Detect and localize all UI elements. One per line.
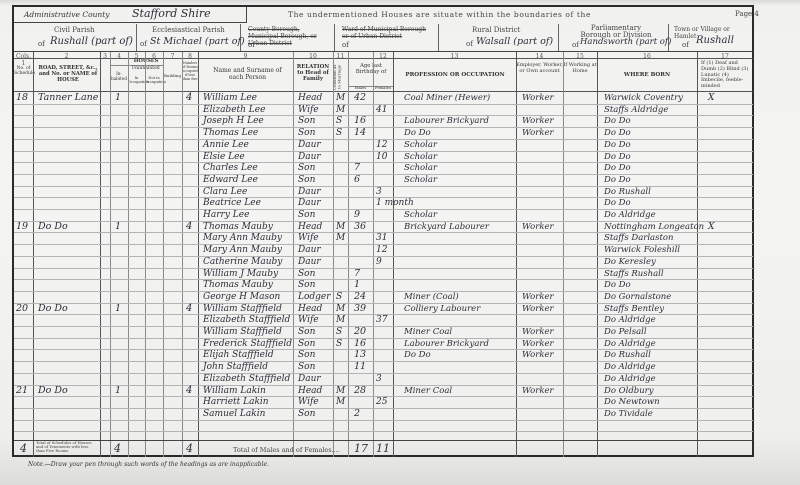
schedule-cell: 20 (16, 303, 28, 315)
relation-cell: Daur (298, 139, 321, 151)
table-row: Thomas MaubySon1Do Do (0, 279, 800, 291)
table-row: William StafffieldSonS20Miner CoalWorker… (0, 326, 800, 338)
employer-cell: Worker (522, 338, 554, 350)
relation-cell: Wife (298, 396, 319, 408)
total-schedules-label: Total of Schedules of Houses and of Tene… (36, 441, 98, 454)
county-borough-label: County Borough, Municipal Borough, or Ur… (248, 26, 328, 47)
birthplace-cell: Do Aldridge (604, 373, 656, 385)
birthplace-cell: Do Do (604, 162, 631, 174)
condition-cell: M (336, 385, 345, 397)
table-row: Frederick StafffieldSonS16Labourer Brick… (0, 338, 800, 350)
occupation-cell: Miner (Coal) (404, 291, 459, 303)
name-cell: Thomas Mauby (203, 279, 273, 291)
relation-cell: Son (298, 338, 315, 350)
occupation-cell: Miner Coal (404, 385, 452, 397)
admin-county-box: Administrative County Stafford Shire (14, 7, 247, 23)
birthplace-cell: Do Do (604, 174, 631, 186)
age-female-cell: 1 month (376, 197, 414, 209)
eccl-parish-value: St Michael (part of) (150, 36, 245, 47)
occupation-cell: Coal Miner (Hewer) (404, 92, 490, 104)
occupation-cell: Scholar (404, 151, 437, 163)
infirmity-cell: X (708, 92, 714, 104)
birthplace-cell: Do Do (604, 139, 631, 151)
condition-cell: S (336, 127, 342, 139)
col-building: Building (163, 74, 182, 79)
age-male-cell: 9 (354, 209, 360, 221)
condition-cell: M (336, 221, 345, 233)
name-cell: Charles Lee (203, 162, 258, 174)
name-cell: Samuel Lakin (203, 408, 265, 420)
relation-cell: Daur (298, 151, 321, 163)
header-divider (14, 51, 753, 52)
rural-district-of: of (466, 40, 473, 48)
col-females: Females (373, 86, 393, 90)
ward-label: Ward of Municipal Borough or of Urban Di… (342, 26, 434, 40)
table-row: Beatrice LeeDaur1 monthDo Do (0, 197, 800, 209)
relation-cell: Son (298, 162, 315, 174)
census-page: Administrative County Stafford Shire The… (0, 0, 800, 485)
eccl-parish-box: Ecclesiastical Parish of St Michael (par… (136, 24, 241, 51)
age-female-cell: 10 (376, 151, 387, 163)
birthplace-cell: Do Aldridge (604, 361, 656, 373)
relation-cell: Head (298, 385, 322, 397)
name-cell: George H Mason (203, 291, 280, 303)
birthplace-cell: Do Tividale (604, 408, 653, 420)
occupation-cell: Scholar (404, 174, 437, 186)
name-cell: Catherine Mauby (203, 256, 282, 268)
age-female-cell: 41 (376, 104, 387, 116)
inhabited-cell: 1 (115, 92, 121, 104)
occupation-cell: Labourer Brickyard (404, 115, 489, 127)
name-cell: Elsie Lee (203, 151, 245, 163)
name-cell: Clara Lee (203, 186, 247, 198)
age-male-cell: 6 (354, 174, 360, 186)
age-male-cell: 24 (354, 291, 366, 303)
rural-district-label: Rural District (472, 26, 520, 34)
birthplace-cell: Do Do (604, 115, 631, 127)
table-row: Elizabeth LeeWifeM41Staffs Aldridge (0, 104, 800, 116)
relation-cell: Wife (298, 232, 319, 244)
total-males-females-label: Total of Males and of Females.... (233, 446, 340, 454)
table-row: Charles LeeSon7ScholarDo Do (0, 162, 800, 174)
age-female-cell: 31 (376, 232, 387, 244)
employer-cell: Worker (522, 326, 554, 338)
col-not-in-occupation: Not in Occupation (145, 76, 163, 84)
table-row: John StafffieldSon11Do Aldridge (0, 361, 800, 373)
county-borough-of: of (248, 41, 255, 49)
relation-cell: Son (298, 349, 315, 361)
table-row: 19Do Do14Thomas MaubyHeadM36Brickyard La… (0, 221, 800, 233)
column-number: Cols. 1 (14, 53, 33, 67)
birthplace-cell: Do Rushall (604, 349, 651, 361)
col-road: ROAD, STREET, &c., and No. or NAME of HO… (36, 66, 100, 84)
name-cell: William Stafffield (203, 326, 282, 338)
condition-cell: S (336, 326, 342, 338)
rural-district-box: Rural District of Walsall (part of) (438, 24, 559, 51)
condition-cell: M (336, 232, 345, 244)
road-cell: Do Do (38, 303, 68, 315)
footnote: Note.—Draw your pen through such words o… (28, 461, 269, 468)
parl-borough-value: Handsworth (part of) (580, 37, 671, 47)
relation-cell: Son (298, 326, 315, 338)
age-female-cell: 12 (376, 244, 387, 256)
boundaries-notice: The undermentioned Houses are situate wi… (288, 10, 591, 19)
age-male-cell: 2 (354, 408, 360, 420)
employer-cell: Worker (522, 221, 554, 233)
birthplace-cell: Do Keresley (604, 256, 656, 268)
name-cell: John Stafffield (203, 361, 268, 373)
occupation-cell: Do Do (404, 349, 431, 361)
relation-cell: Son (298, 174, 315, 186)
name-cell: Harriett Lakin (203, 396, 269, 408)
name-cell: William Lakin (203, 385, 266, 397)
town-of: of (682, 41, 689, 49)
road-cell: Do Do (38, 385, 68, 397)
col-infirmity: If (1) Deaf and Dumb (2) Blind (3) Lunat… (701, 61, 751, 90)
table-row: 21Do Do14William LakinHeadM28Miner CoalW… (0, 385, 800, 397)
admin-county-value: Stafford Shire (132, 7, 211, 20)
relation-cell: Daur (298, 244, 321, 256)
birthplace-cell: Do Do (604, 197, 631, 209)
age-male-cell: 20 (354, 326, 366, 338)
condition-cell: M (336, 314, 345, 326)
table-row: Elsie LeeDaur10ScholarDo Do (0, 151, 800, 163)
age-male-cell: 7 (354, 162, 360, 174)
relation-cell: Son (298, 361, 315, 373)
name-cell: Edward Lee (203, 174, 258, 186)
county-borough-box: County Borough, Municipal Borough, or Ur… (240, 24, 335, 51)
col-houses: HOUSES (110, 59, 182, 65)
relation-cell: Son (298, 268, 315, 280)
age-female-cell: 3 (376, 373, 382, 385)
road-cell: Tanner Lane (38, 92, 98, 104)
occupation-cell: Scholar (404, 139, 437, 151)
relation-cell: Lodger (298, 291, 331, 303)
town-box: Town or Village or Hamlet of Rushall (668, 24, 752, 51)
occupation-cell: Brickyard Labourer (404, 221, 489, 233)
rooms-cell: 4 (186, 385, 192, 397)
name-cell: Thomas Lee (203, 127, 258, 139)
rooms-cell: 4 (186, 303, 192, 315)
schedule-cell: 21 (16, 385, 28, 397)
relation-cell: Son (298, 127, 315, 139)
birthplace-cell: Do Gornalstone (604, 291, 671, 303)
table-row: Harry LeeSon9ScholarDo Aldridge (0, 209, 800, 221)
condition-cell: M (336, 303, 345, 315)
relation-cell: Wife (298, 104, 319, 116)
civil-parish-label: Civil Parish (54, 26, 95, 34)
age-male-cell: 13 (354, 349, 366, 361)
employer-cell: Worker (522, 291, 554, 303)
birthplace-cell: Warwick Coventry (604, 92, 683, 104)
civil-parish-box: Civil Parish of Rushall (part of) (14, 24, 137, 51)
occupation-cell: Scholar (404, 162, 437, 174)
age-female-cell: 37 (376, 314, 387, 326)
ward-box: Ward of Municipal Borough or of Urban Di… (334, 24, 439, 51)
road-cell: Do Do (38, 221, 68, 233)
age-female-cell: 12 (376, 139, 387, 151)
birthplace-cell: Staffs Rushall (604, 268, 664, 280)
relation-cell: Head (298, 303, 322, 315)
name-cell: Elizabeth Stafffield (203, 314, 290, 326)
col-males: Males (348, 86, 373, 90)
rooms-cell: 4 (186, 92, 192, 104)
col-employer: Employer, Worker, or Own account (516, 63, 563, 75)
schedule-cell: 19 (16, 221, 28, 233)
birthplace-cell: Staffs Bentley (604, 303, 664, 315)
occupation-cell: Miner Coal (404, 326, 452, 338)
parl-borough-of: of (572, 41, 579, 49)
name-cell: William Lee (203, 92, 257, 104)
parl-borough-box: Parliamentary Borough or Division of Han… (558, 24, 669, 51)
col-schedule: No. of Schedule (14, 66, 33, 76)
age-male-cell: 39 (354, 303, 366, 315)
col-inhabited: In-habited (110, 72, 128, 82)
name-cell: Thomas Mauby (203, 221, 273, 233)
occupation-cell: Scholar (404, 209, 437, 221)
table-row: Mary Ann MaubyDaur12Warwick Foleshill (0, 244, 800, 256)
rooms-cell: 4 (186, 221, 192, 233)
name-cell: Mary Ann Mauby (203, 244, 282, 256)
town-value: Rushall (696, 35, 734, 46)
employer-cell: Worker (522, 92, 554, 104)
relation-cell: Daur (298, 197, 321, 209)
condition-cell: S (336, 338, 342, 350)
birthplace-cell: Do Do (604, 151, 631, 163)
employer-cell: Worker (522, 303, 554, 315)
birthplace-cell: Staffs Darlaston (604, 232, 674, 244)
table-row: Catherine MaubyDaur9Do Keresley (0, 256, 800, 268)
name-cell: Mary Ann Mauby (203, 232, 282, 244)
relation-cell: Daur (298, 373, 321, 385)
table-row: Clara LeeDaur3Do Rushall (0, 186, 800, 198)
civil-parish-of: of (38, 40, 45, 48)
condition-cell: S (336, 291, 342, 303)
age-male-cell: 1 (354, 279, 360, 291)
eccl-parish-label: Ecclesiastical Parish (152, 26, 225, 34)
birthplace-cell: Warwick Foleshill (604, 244, 680, 256)
col-born: WHERE BORN (597, 72, 697, 78)
age-male-cell: 16 (354, 115, 366, 127)
name-cell: Annie Lee (203, 139, 249, 151)
age-female-cell: 25 (376, 396, 387, 408)
total-males: 17 (354, 442, 368, 455)
col-in-occupation: In Occupation (128, 76, 145, 84)
name-cell: Elizabeth Lee (203, 104, 265, 116)
birthplace-cell: Do Aldridge (604, 338, 656, 350)
table-row: Edward LeeSon6ScholarDo Do (0, 174, 800, 186)
occupation-cell: Labourer Brickyard (404, 338, 489, 350)
condition-cell: M (336, 92, 345, 104)
name-cell: William J Mauby (203, 268, 278, 280)
eccl-parish-of: of (140, 40, 147, 48)
condition-cell: S (336, 115, 342, 127)
totals-divider (14, 440, 753, 441)
schedule-cell: 18 (16, 92, 28, 104)
col-age: Age last Birthday of (350, 63, 392, 75)
name-cell: Joseph H Lee (203, 115, 264, 127)
condition-cell: M (336, 396, 345, 408)
occupation-cell: Colliery Labourer (404, 303, 480, 315)
occupation-cell: Do Do (404, 127, 431, 139)
relation-cell: Son (298, 115, 315, 127)
page-number: Page 4 (735, 10, 759, 18)
table-row: Mary Ann MaubyWifeM31Staffs Darlaston (0, 232, 800, 244)
birthplace-cell: Do Do (604, 279, 631, 291)
age-male-cell: 28 (354, 385, 366, 397)
total-rooms: 4 (186, 442, 193, 455)
age-male-cell: 36 (354, 221, 366, 233)
age-male-cell: 11 (354, 361, 366, 373)
table-row: Elizabeth StafffieldDaur3Do Aldridge (0, 373, 800, 385)
age-male-cell: 42 (354, 92, 366, 104)
relation-cell: Head (298, 92, 322, 104)
admin-county-label: Administrative County (24, 10, 110, 19)
name-cell: Beatrice Lee (203, 197, 261, 209)
table-row: George H MasonLodgerS24Miner (Coal)Worke… (0, 291, 800, 303)
total-schedules: 4 (20, 442, 27, 455)
employer-cell: Worker (522, 349, 554, 361)
employer-cell: Worker (522, 115, 554, 127)
relation-cell: Son (298, 408, 315, 420)
col-name: Name and Surname of each Person (210, 68, 285, 82)
inhabited-cell: 1 (115, 385, 121, 397)
table-row: Elijah StafffieldSon13Do DoWorkerDo Rush… (0, 349, 800, 361)
col-occupation: PROFESSION OR OCCUPATION (396, 72, 514, 78)
name-cell: Elizabeth Stafffield (203, 373, 290, 385)
ward-of: of (342, 41, 349, 49)
birthplace-cell: Do Rushall (604, 186, 651, 198)
col-rooms: Number of Rooms occupied if less than fi… (182, 62, 198, 82)
table-row: Joseph H LeeSonS16Labourer BrickyardWork… (0, 115, 800, 127)
relation-cell: Son (298, 279, 315, 291)
table-row: Annie LeeDaur12ScholarDo Do (0, 139, 800, 151)
age-female-cell: 3 (376, 186, 382, 198)
table-row: Elizabeth StafffieldWifeM37Do Aldridge (0, 314, 800, 326)
table-row: 20Do Do14William StafffieldHeadM39Collie… (0, 303, 800, 315)
name-cell: Harry Lee (203, 209, 249, 221)
birthplace-cell: Do Pelsall (604, 326, 647, 338)
age-male-cell: 14 (354, 127, 366, 139)
table-row: Harriett LakinWifeM25Do Newtown (0, 396, 800, 408)
total-females: 11 (376, 442, 390, 455)
relation-cell: Daur (298, 256, 321, 268)
table-row: Thomas LeeSonS14Do DoWorkerDo Do (0, 127, 800, 139)
age-female-cell: 9 (376, 256, 382, 268)
total-houses: 4 (114, 442, 121, 455)
birthplace-cell: Do Oldbury (604, 385, 654, 397)
birthplace-cell: Do Aldridge (604, 314, 656, 326)
employer-cell: Worker (522, 127, 554, 139)
name-cell: Elijah Stafffield (203, 349, 274, 361)
birthplace-cell: Staffs Aldridge (604, 104, 668, 116)
relation-cell: Wife (298, 314, 319, 326)
name-cell: Frederick Stafffield (203, 338, 292, 350)
table-row: 18Tanner Lane14William LeeHeadM42Coal Mi… (0, 92, 800, 104)
age-male-cell: 16 (354, 338, 366, 350)
condition-cell: M (336, 104, 345, 116)
birthplace-cell: Nottingham Longeaton (604, 221, 704, 233)
birthplace-cell: Do Aldridge (604, 209, 656, 221)
relation-cell: Daur (298, 186, 321, 198)
rural-district-value: Walsall (part of) (476, 36, 553, 47)
inhabited-cell: 1 (115, 221, 121, 233)
inhabited-cell: 1 (115, 303, 121, 315)
col-relation: RELATION to Head of Family (294, 64, 332, 83)
birthplace-cell: Do Do (604, 127, 631, 139)
row-rule (14, 431, 753, 432)
birthplace-cell: Do Newtown (604, 396, 660, 408)
infirmity-cell: X (708, 221, 714, 233)
col-condition: Condition as to Marriage (333, 64, 348, 90)
col-at-home: If Working at Home (563, 63, 597, 75)
table-row: William J MaubySon7Staffs Rushall (0, 268, 800, 280)
civil-parish-value: Rushall (part of) (50, 36, 133, 47)
table-row: Samuel LakinSon2Do Tividale (0, 408, 800, 420)
age-male-cell: 7 (354, 268, 360, 280)
employer-cell: Worker (522, 385, 554, 397)
name-cell: William Stafffield (203, 303, 282, 315)
relation-cell: Head (298, 221, 322, 233)
relation-cell: Son (298, 209, 315, 221)
